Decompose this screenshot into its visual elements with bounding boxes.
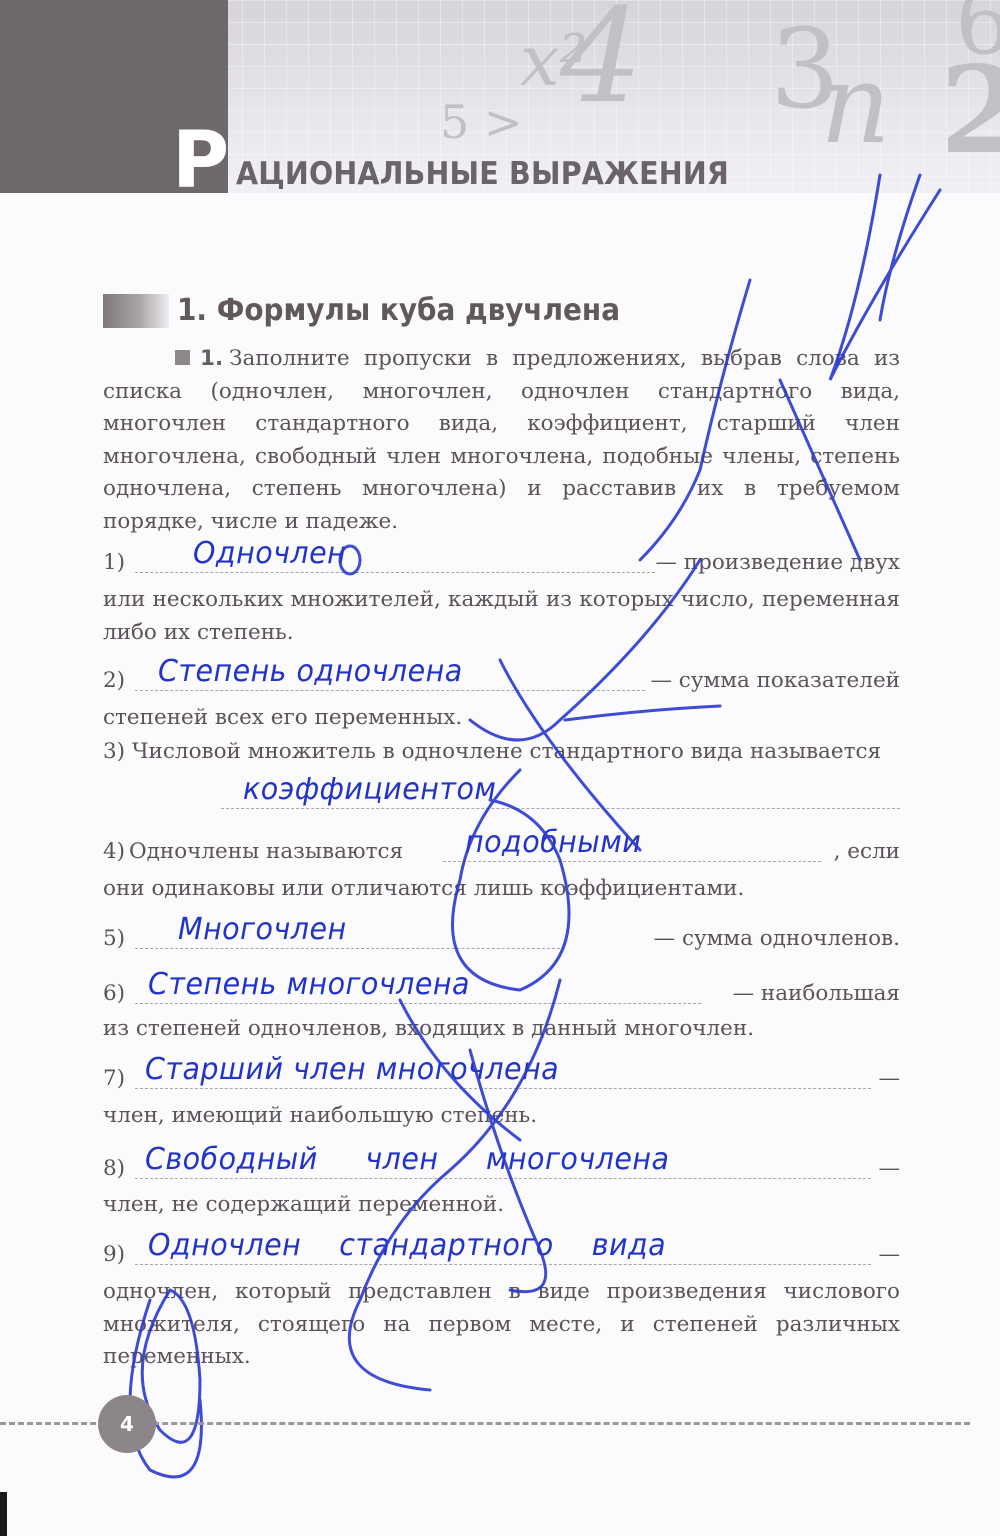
chapter-header-band: 4 x² 5 > 3 n 2 6 Р АЦИОНАЛЬНЫЕ ВЫРАЖЕНИЯ <box>0 0 1000 193</box>
task-square-icon <box>175 350 190 365</box>
item-1-continuation: или нескольких множителей, каждый из кот… <box>103 584 900 649</box>
answer-blank[interactable] <box>443 861 821 862</box>
item-after-text: — сумма показателей <box>650 668 900 693</box>
item-7: 7) Старший член многочлена — <box>103 1066 900 1100</box>
task-instruction: 1.Заполните пропуски в предложениях, выб… <box>103 343 900 538</box>
item-9-continuation: одночлен, который представлен в виде про… <box>103 1276 900 1374</box>
handwritten-answer: Одночлен стандартного вида <box>148 1228 666 1263</box>
item-number: 3) <box>103 739 125 764</box>
task-number: 1. <box>200 346 223 371</box>
item-8-continuation: член, не содержащий переменной. <box>103 1189 900 1222</box>
handwritten-answer: Степень одночлена <box>158 654 463 689</box>
chapter-initial-letter: Р <box>172 128 227 193</box>
item-after-text: — <box>879 1156 901 1181</box>
item-6-continuation: из степеней одночленов, входящих в данны… <box>103 1013 900 1046</box>
answer-blank[interactable] <box>135 572 655 573</box>
section-title: 1. Формулы куба двучлена <box>177 293 620 328</box>
item-2: 2) Степень одночлена — сумма показателей <box>103 668 900 702</box>
item-after-text: — сумма одночленов. <box>654 926 900 951</box>
page-number-badge: 4 <box>98 1395 156 1453</box>
handwritten-answer: Свободный член многочлена <box>145 1142 669 1177</box>
answer-blank[interactable] <box>135 690 645 691</box>
item-4-continuation: они одинаковы или отличаются лишь коэффи… <box>103 873 900 906</box>
handwritten-answer: Одночлен <box>193 536 346 571</box>
decorative-digit: 6 <box>955 0 1000 75</box>
page-number: 4 <box>120 1412 134 1436</box>
answer-blank[interactable] <box>135 1264 871 1265</box>
section-heading: 1. Формулы куба двучлена <box>103 293 653 328</box>
answer-blank[interactable] <box>135 1003 701 1004</box>
item-number: 8) <box>103 1156 125 1181</box>
item-number: 9) <box>103 1242 125 1267</box>
item-after-text: , если <box>834 839 900 864</box>
item-7-continuation: член, имеющий наибольшую степень. <box>103 1100 900 1133</box>
answer-blank[interactable] <box>135 1178 871 1179</box>
item-3-text: 3) Числовой множитель в одночлене станда… <box>103 736 900 769</box>
item-1: 1) Одночлен — произведение двух <box>103 550 900 584</box>
item-9: 9) Одночлен стандартного вида — <box>103 1242 900 1276</box>
handwritten-answer: Многочлен <box>178 912 347 947</box>
answer-blank[interactable] <box>135 948 560 949</box>
decorative-x-squared: x² <box>520 20 588 102</box>
scan-edge <box>0 1492 7 1536</box>
item-prefix: Числовой множитель в одночлене стандартн… <box>132 739 881 764</box>
handwritten-answer: коэффициентом <box>243 772 496 807</box>
item-5: 5) Многочлен — сумма одночленов. <box>103 926 900 960</box>
item-prefix: Одночлены называются <box>129 839 403 864</box>
item-number: 6) <box>103 981 125 1006</box>
item-after-text: — <box>879 1066 901 1091</box>
item-2-continuation: степеней всех его переменных. <box>103 702 900 735</box>
item-4: 4) Одночлены называются подобными , если <box>103 839 900 873</box>
item-after-text: — наибольшая <box>733 981 900 1006</box>
decorative-letter-n: n <box>820 40 891 168</box>
item-3-blank-row: коэффициентом <box>103 786 900 820</box>
handwritten-answer: Степень многочлена <box>148 967 470 1002</box>
handwritten-answer: Старший член многочлена <box>145 1052 559 1087</box>
item-number: 1) <box>103 550 125 575</box>
item-6: 6) Степень многочлена — наибольшая <box>103 981 900 1015</box>
task-text: Заполните пропуски в предложениях, выбра… <box>103 346 900 534</box>
handwritten-answer: подобными <box>465 825 641 860</box>
item-number: 4) <box>103 839 125 864</box>
answer-blank[interactable] <box>135 1088 871 1089</box>
item-after-text: — произведение двух <box>655 550 900 575</box>
section-gradient-bar <box>103 294 169 328</box>
item-after-text: — <box>879 1242 901 1267</box>
answer-blank[interactable] <box>221 808 900 809</box>
item-number: 5) <box>103 926 125 951</box>
item-8: 8) Свободный член многочлена — <box>103 1156 900 1190</box>
item-number: 2) <box>103 668 125 693</box>
chapter-title: АЦИОНАЛЬНЫЕ ВЫРАЖЕНИЯ <box>236 156 729 192</box>
decorative-inequality: 5 > <box>440 95 522 149</box>
item-number: 7) <box>103 1066 125 1091</box>
